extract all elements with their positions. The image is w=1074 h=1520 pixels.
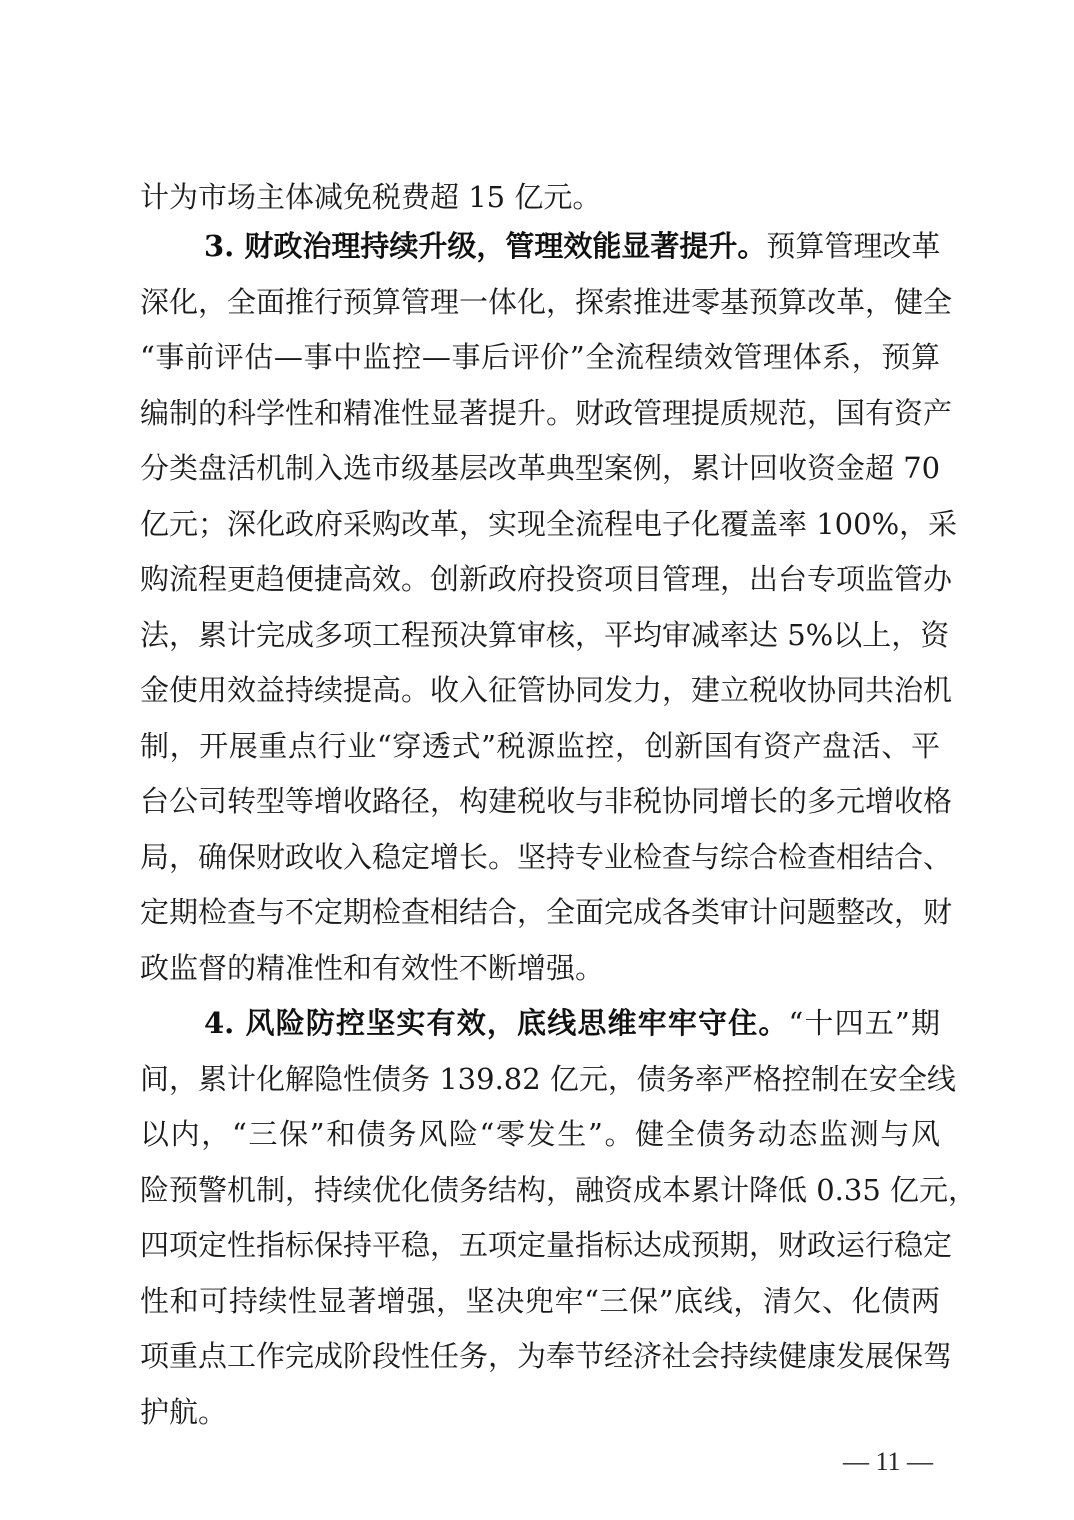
text-line: 计为市场主体减免税费超 15 亿元。 bbox=[140, 177, 940, 217]
text-line: 深化，全面推行预算管理一体化，探索推进零基预算改革，健全 bbox=[140, 282, 940, 322]
text-line: 间，累计化解隐性债务 139.82 亿元，债务率严格控制在安全线 bbox=[140, 1059, 940, 1099]
line-text: 预算管理改革 bbox=[766, 229, 940, 263]
text-line: 险预警机制，持续优化债务结构，融资成本累计降低 0.35 亿元， bbox=[140, 1170, 940, 1210]
text-line: 台公司转型等增收路径，构建税收与非税协同增长的多元增收格 bbox=[140, 781, 940, 821]
line-text: 购流程更趋便捷高效。创新政府投资项目管理，出台专项监管办 bbox=[140, 562, 952, 596]
text-line: 金使用效益持续提高。收入征管协同发力，建立税收协同共治机 bbox=[140, 670, 940, 710]
text-line: 编制的科学性和精准性显著提升。财政管理提质规范，国有资产 bbox=[140, 393, 940, 433]
line-text: 台公司转型等增收路径，构建税收与非税协同增长的多元增收格 bbox=[140, 784, 952, 818]
line-text: 项重点工作完成阶段性任务，为奉节经济社会持续健康发展保驾 bbox=[140, 1339, 952, 1373]
line-text: 局，确保财政收入稳定增长。坚持专业检查与综合检查相结合、 bbox=[140, 840, 952, 874]
line-text: “十四五”期 bbox=[789, 1006, 940, 1040]
text-line: 法，累计完成多项工程预决算审核，平均审减率达 5%以上，资 bbox=[140, 615, 940, 655]
line-text: 深化，全面推行预算管理一体化，探索推进零基预算改革，健全 bbox=[140, 285, 952, 319]
line-text: 计为市场主体减免税费超 15 亿元。 bbox=[140, 180, 601, 214]
line-text: “事前评估—事中监控—事后评价”全流程绩效管理体系，预算 bbox=[140, 340, 940, 374]
line-text: 政监督的精准性和有效性不断增强。 bbox=[140, 951, 604, 985]
text-line: “事前评估—事中监控—事后评价”全流程绩效管理体系，预算 bbox=[140, 337, 940, 377]
text-line: 项重点工作完成阶段性任务，为奉节经济社会持续健康发展保驾 bbox=[140, 1336, 940, 1376]
line-text: 制，开展重点行业“穿透式”税源监控，创新国有资产盘活、平 bbox=[140, 729, 940, 763]
text-line: 性和可持续性显著增强，坚决兜牢“三保”底线，清欠、化债两 bbox=[140, 1281, 940, 1321]
text-line: 亿元；深化政府采购改革，实现全流程电子化覆盖率 100%，采 bbox=[140, 504, 940, 544]
text-line: 分类盘活机制入选市级基层改革典型案例，累计回收资金超 70 bbox=[140, 448, 940, 488]
line-text: 四项定性指标保持平稳，五项定量指标达成预期，财政运行稳定 bbox=[140, 1228, 952, 1262]
text-line: 制，开展重点行业“穿透式”税源监控，创新国有资产盘活、平 bbox=[140, 726, 940, 766]
section-heading-line-4: 4. 风险防控坚实有效，底线思维牢牢守住。“十四五”期 bbox=[140, 1003, 940, 1043]
document-page: 计为市场主体减免税费超 15 亿元。 3. 财政治理持续升级，管理效能显著提升。… bbox=[0, 0, 1074, 1520]
section-heading-line-3: 3. 财政治理持续升级，管理效能显著提升。预算管理改革 bbox=[140, 226, 940, 266]
line-text: 金使用效益持续提高。收入征管协同发力，建立税收协同共治机 bbox=[140, 673, 952, 707]
line-text: 法，累计完成多项工程预决算审核，平均审减率达 5%以上，资 bbox=[140, 618, 949, 652]
text-line: 以内，“三保”和债务风险“零发生”。健全债务动态监测与风 bbox=[140, 1114, 940, 1154]
line-text: 性和可持续性显著增强，坚决兜牢“三保”底线，清欠、化债两 bbox=[140, 1284, 940, 1318]
line-text: 险预警机制，持续优化债务结构，融资成本累计降低 0.35 亿元， bbox=[140, 1173, 977, 1207]
section-heading-4: 4. 风险防控坚实有效，底线思维牢牢守住。 bbox=[204, 1006, 789, 1040]
line-text: 以内，“三保”和债务风险“零发生”。健全债务动态监测与风 bbox=[140, 1117, 940, 1151]
text-line: 购流程更趋便捷高效。创新政府投资项目管理，出台专项监管办 bbox=[140, 559, 940, 599]
section-heading-3: 3. 财政治理持续升级，管理效能显著提升。 bbox=[204, 229, 766, 263]
line-text: 编制的科学性和精准性显著提升。财政管理提质规范，国有资产 bbox=[140, 396, 952, 430]
page-number: — 11 — bbox=[838, 1447, 938, 1477]
line-text: 间，累计化解隐性债务 139.82 亿元，债务率严格控制在安全线 bbox=[140, 1062, 956, 1096]
text-line: 定期检查与不定期检查相结合，全面完成各类审计问题整改，财 bbox=[140, 892, 940, 932]
line-text: 定期检查与不定期检查相结合，全面完成各类审计问题整改，财 bbox=[140, 895, 952, 929]
text-line: 局，确保财政收入稳定增长。坚持专业检查与综合检查相结合、 bbox=[140, 837, 940, 877]
text-line: 四项定性指标保持平稳，五项定量指标达成预期，财政运行稳定 bbox=[140, 1225, 940, 1265]
text-line: 护航。 bbox=[140, 1392, 940, 1432]
text-line: 政监督的精准性和有效性不断增强。 bbox=[140, 948, 940, 988]
line-text: 护航。 bbox=[140, 1395, 227, 1429]
line-text: 亿元；深化政府采购改革，实现全流程电子化覆盖率 100%，采 bbox=[140, 507, 957, 541]
line-text: 分类盘活机制入选市级基层改革典型案例，累计回收资金超 70 bbox=[140, 451, 940, 485]
